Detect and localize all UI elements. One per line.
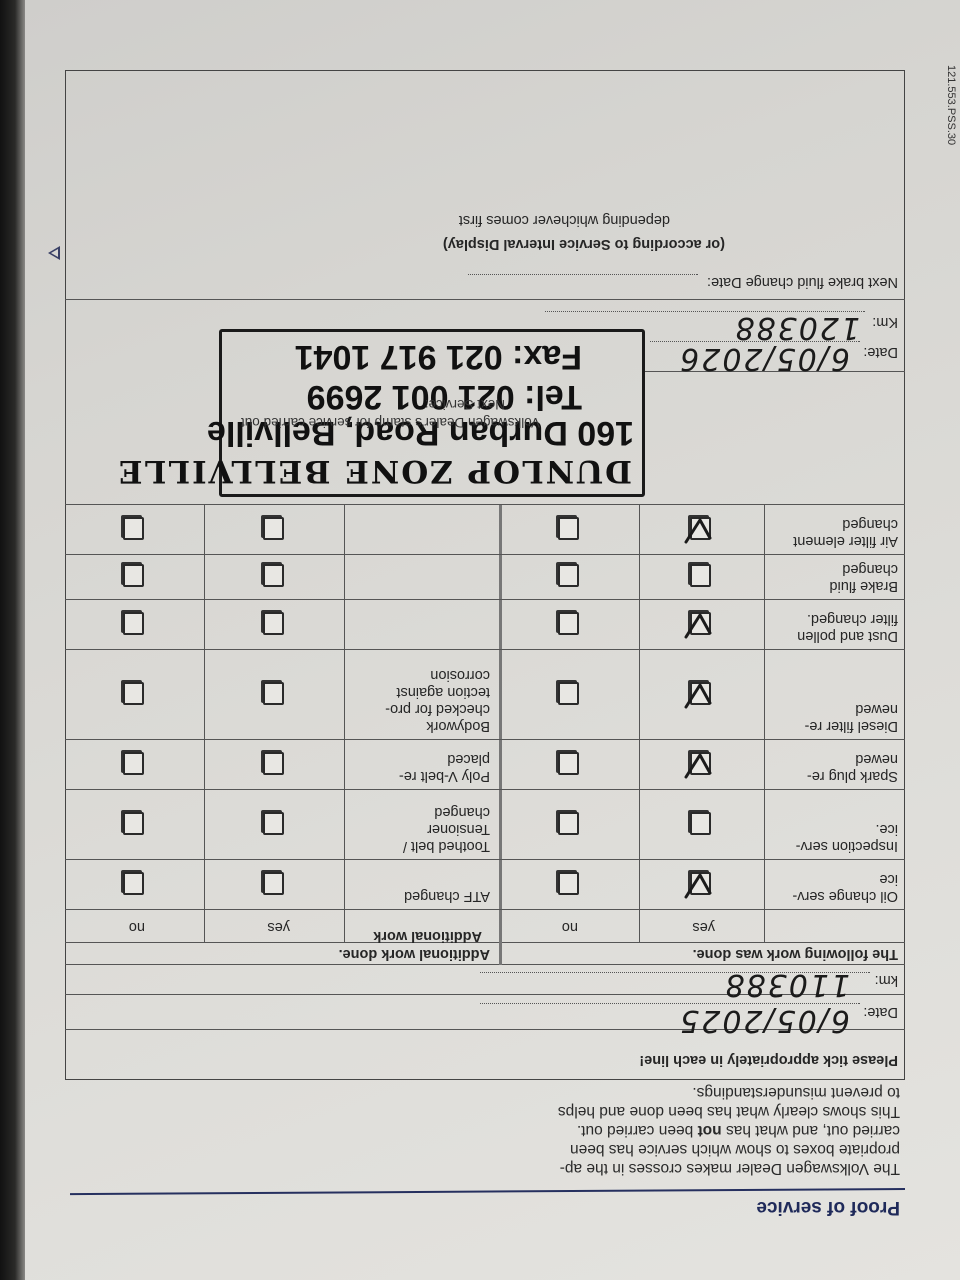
intro-line: This shows clearly what has been done an… [558,1103,900,1120]
photographed-page-rotated: 121.553.PSS.30 Proof of service The Volk… [0,0,960,1280]
intro-line: propriate boxes to show which service ha… [570,1141,900,1158]
checkbox-no[interactable] [558,565,579,588]
grid-line [204,505,205,943]
instruction-text: Please tick appropriately in each line! [639,1051,898,1068]
intro-line: to prevent misunderstandings. [692,1084,900,1101]
divider [65,964,905,965]
checkbox-additional-no[interactable] [123,682,144,705]
checkbox-no[interactable] [558,612,579,635]
checkbox-additional-no[interactable] [123,517,144,540]
divider [65,942,905,943]
checkbox-additional-no[interactable] [123,872,144,895]
checkbox-no[interactable] [558,752,579,775]
service-item-label: Diesel filter re-newed [768,700,898,734]
intro-line: carried out, and what has [722,1122,900,1139]
checkbox-additional-yes[interactable] [263,565,284,588]
km-handwritten[interactable]: 110388 [723,967,850,1002]
whichever-first-note: depending whichever comes first [459,211,670,228]
intro-paragraph: The Volkswagen Dealer makes crosses in t… [520,1083,900,1178]
km-label: km: [875,971,898,988]
additional-work-heading: Additional work done. [339,945,490,962]
checkbox-additional-yes[interactable] [263,517,284,540]
checkbox-yes[interactable] [690,812,711,835]
row-divider [65,554,905,555]
document-number: 121.553.PSS.30 [945,65,957,145]
additional-item-label: Poly V-belt re-placed [350,750,490,784]
service-item-label: Air filter elementchanged [768,515,898,549]
row-divider [65,909,905,910]
service-item-label: Inspection serv-ice. [768,820,898,854]
brake-fluid-label: Next brake fluid change Date: [707,273,898,290]
additional-item-label: Toothed belt /Tensionerchanged [350,803,490,854]
intro-line: been carried out. [577,1122,698,1139]
checkbox-additional-yes[interactable] [263,752,284,775]
col-yes: yes [692,918,715,935]
grid-line [764,505,765,943]
checkbox-no[interactable] [558,872,579,895]
row-divider [65,739,905,740]
grid-line [639,505,640,943]
checkbox-no[interactable] [558,812,579,835]
intro-emphasis: not [698,1122,722,1139]
checkbox-additional-no[interactable] [123,612,144,635]
additional-item-label: Bodyworkchecked for pro-tection againstc… [350,666,490,734]
checkbox-additional-no[interactable] [123,812,144,835]
checkbox-additional-yes[interactable] [263,812,284,835]
service-item-label: Spark plug re-newed [768,750,898,784]
next-service-label: Next Service: [425,397,505,412]
additional-item-label: ATF changed [350,887,490,904]
row-divider [65,859,905,860]
stamp-caption: Volkswagen Dealer's stamp for service ca… [241,415,540,430]
intro-line: The Volkswagen Dealer makes crosses in t… [560,1160,900,1177]
stamp-fax: Fax: 021 917 1041 [295,337,582,376]
brake-fluid-dotted-line[interactable] [468,274,698,275]
checkbox-additional-no[interactable] [123,565,144,588]
next-date-handwritten[interactable]: 6/05/2026 [678,341,850,376]
service-item-label: Oil change serv-ice [768,870,898,904]
page-turn-arrow-icon[interactable] [48,246,60,260]
work-done-heading: The following work was done. [693,945,898,962]
checkbox-additional-yes[interactable] [263,872,284,895]
row-divider [65,649,905,650]
checkmark-icon [684,679,714,709]
checkmark-icon [684,514,714,544]
col-no: no [562,918,578,935]
stamp-dealer-name: DUNLOP ZONE BELLVILLE [117,453,632,489]
grid-line [344,505,345,943]
service-item-label: Dust and pollenfilter changed. [768,610,898,644]
next-km-label: Km: [872,313,898,330]
checkmark-icon [684,609,714,639]
row-divider [65,504,905,505]
page-edge-shadow [0,0,25,1280]
next-km-handwritten[interactable]: 120388 [733,310,860,345]
page-title: Proof of service [756,1196,900,1218]
checkmark-icon [684,749,714,779]
checkbox-no[interactable] [558,517,579,540]
checkbox-yes[interactable] [690,565,711,588]
checkbox-additional-yes[interactable] [263,612,284,635]
checkmark-icon [684,869,714,899]
divider [65,299,905,300]
interval-note: (or according to Service Interval Displa… [443,235,725,252]
grid-separator [499,505,502,965]
row-divider [65,599,905,600]
checkbox-additional-no[interactable] [123,752,144,775]
date-handwritten[interactable]: 6/05/2025 [678,1003,850,1038]
checkbox-no[interactable] [558,682,579,705]
row-divider [65,789,905,790]
next-date-label: Date: [863,343,898,360]
col-add-no: no [129,918,145,935]
service-item-label: Brake fluidchanged [768,560,898,594]
date-label: Date: [863,1003,898,1020]
dealer-stamp: DUNLOP ZONE BELLVILLE 160 Durban Road, B… [219,329,645,497]
col-additional-work: Additional work [362,927,482,944]
col-add-yes: yes [267,918,290,935]
checkbox-additional-yes[interactable] [263,682,284,705]
